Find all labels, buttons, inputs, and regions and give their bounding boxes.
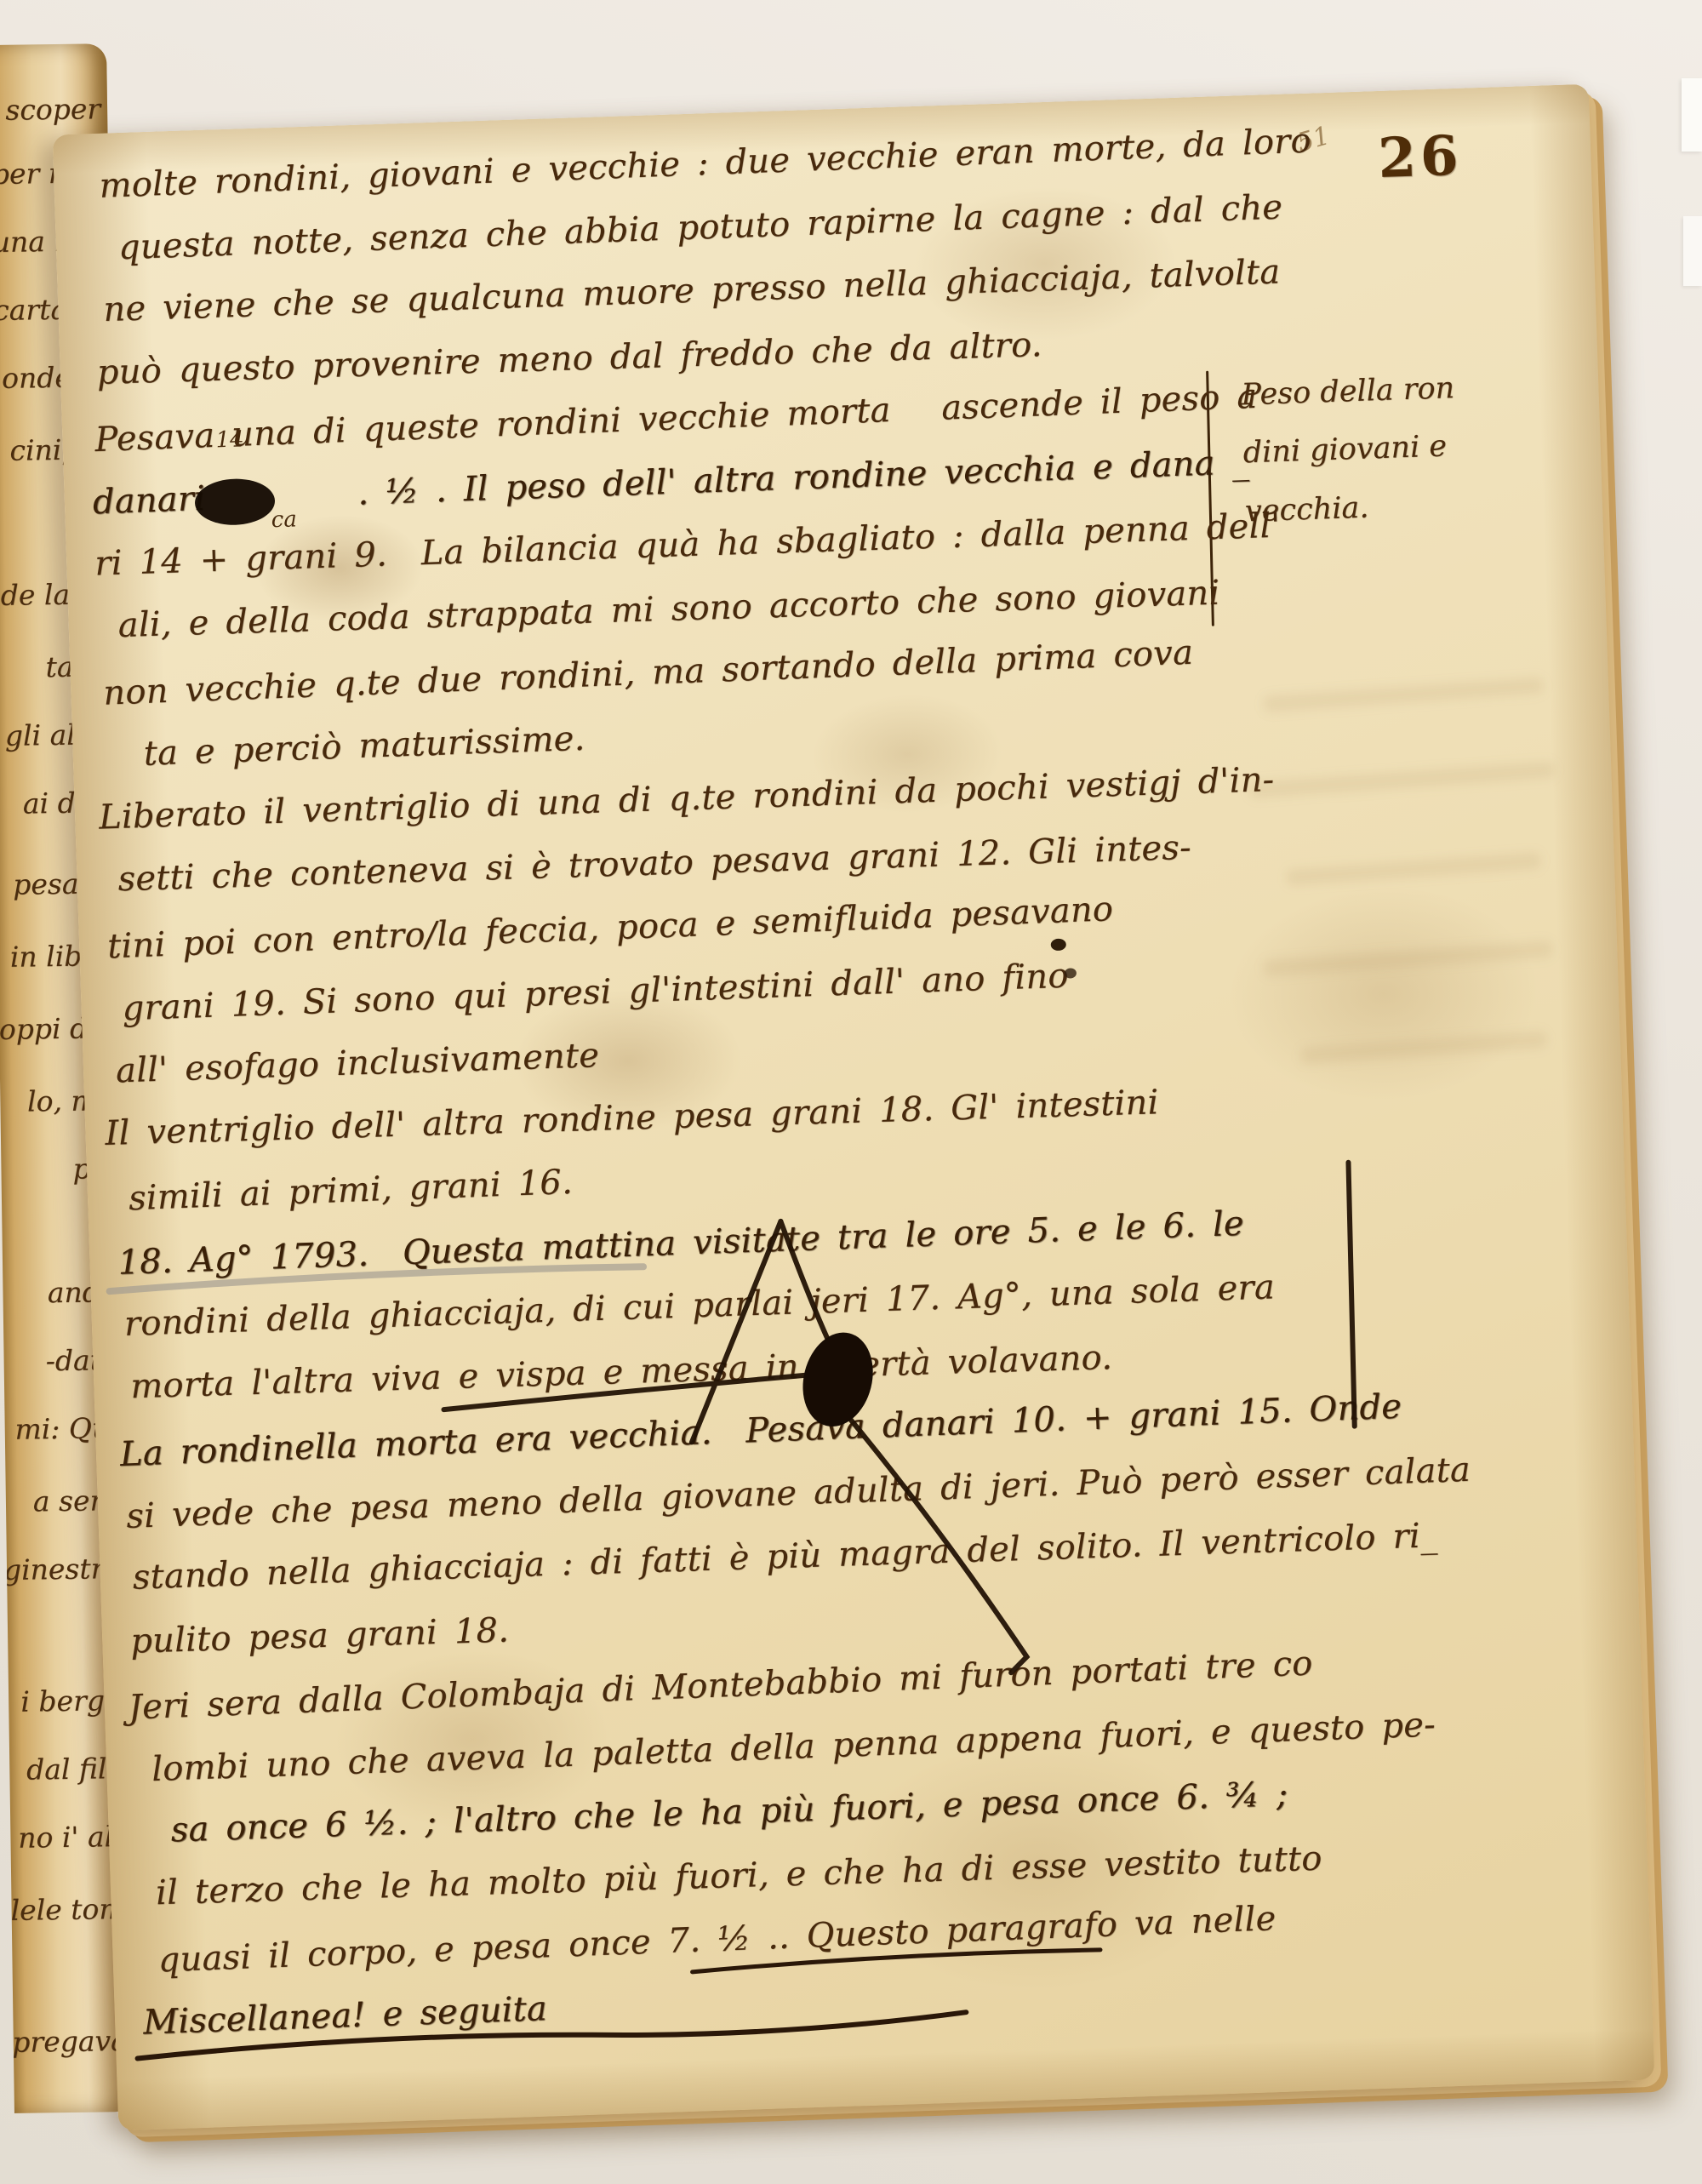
manuscript-line: rondini della ghiacciaja, di cui parlai … [123,1268,1275,1343]
manuscript-line: Liberato il ventriglio di una di q.te ro… [99,761,1275,837]
show-through-smudge [1300,1031,1548,1065]
ink-spot [1051,939,1066,952]
manuscript-line: ne viene che se qualcuna muore presso ne… [103,253,1281,329]
facing-page-fragment: lele tom [10,1895,126,1924]
manuscript-line: ali, e della coda strappata mi sono acco… [117,574,1220,643]
bookmark-tab [1682,78,1702,152]
manuscript-line: ta e perciò maturissime. [143,719,585,772]
manuscript-line: Jeri sera dalla Colombaja di Montebabbio… [128,1644,1313,1726]
manuscript-line: sa once 6 ½. ; l'altro che le ha più fuo… [170,1775,1288,1849]
manuscript-line: morta l'altra viva e vispa e messa in li… [130,1339,1113,1405]
show-through-smudge [1263,677,1545,712]
show-through-smudge [1286,852,1542,886]
manuscript-line: quasi il corpo, e pesa once 7. ½ .. Ques… [157,1900,1276,1979]
manuscript-line: grani 19. Si sono qui presi gl'intestini… [122,957,1069,1027]
facing-page-fragment: è scoper [0,94,100,124]
margin-note-line: dini giovani e [1242,415,1525,483]
manuscript-line: setti che conteneva si è trovato pesava … [117,828,1191,897]
manuscript-line: Il ventriglio dell' altra rondine pesa g… [105,1083,1159,1152]
manuscript-line: Miscellanea! e seguita [142,1990,547,2042]
margin-note-line: Peso della ron [1240,357,1522,425]
manuscript-line: 18. Ag° 1793. Questa mattina visitate tr… [117,1204,1245,1281]
manuscript-line: il terzo che le ha molto più fuori, e ch… [155,1839,1322,1912]
show-through-smudge [1248,761,1556,798]
manuscript-line: questa notte, senza che abbia potuto rap… [117,188,1283,266]
bookmark-tab [1683,216,1702,286]
manuscript-body: molte rondini, giovani e vecchie : due v… [53,84,1589,135]
show-through-smudge [1263,940,1553,977]
manuscript-line: può questo provenire meno dal freddo che… [96,326,1042,392]
page-number: 26 [1377,129,1463,186]
manuscript-line: tini poi con entro/la feccia, poca e sem… [106,890,1113,965]
notebook-page: 51 26 Peso della ron dini giovani e vecc… [53,84,1655,2131]
manuscript-line: simili ai primi, grani 16. [128,1163,573,1218]
manuscript-line: non vecchie q.te due rondini, ma sortand… [103,634,1194,712]
manuscript-line: Pesava una di queste rondini vecchie mor… [94,378,1258,459]
facing-page-fragment: pregava [12,2027,128,2056]
manuscript-line: danari . ½ . Il peso dell' altra rondine… [92,443,1249,521]
manuscript-line: all' esofago inclusivamente [115,1037,599,1089]
margin-note: Peso della ron dini giovani e vecchia. [1240,357,1527,541]
margin-note-line: vecchia. [1244,473,1527,540]
manuscript-line: pulito pesa grani 18. [130,1611,510,1660]
